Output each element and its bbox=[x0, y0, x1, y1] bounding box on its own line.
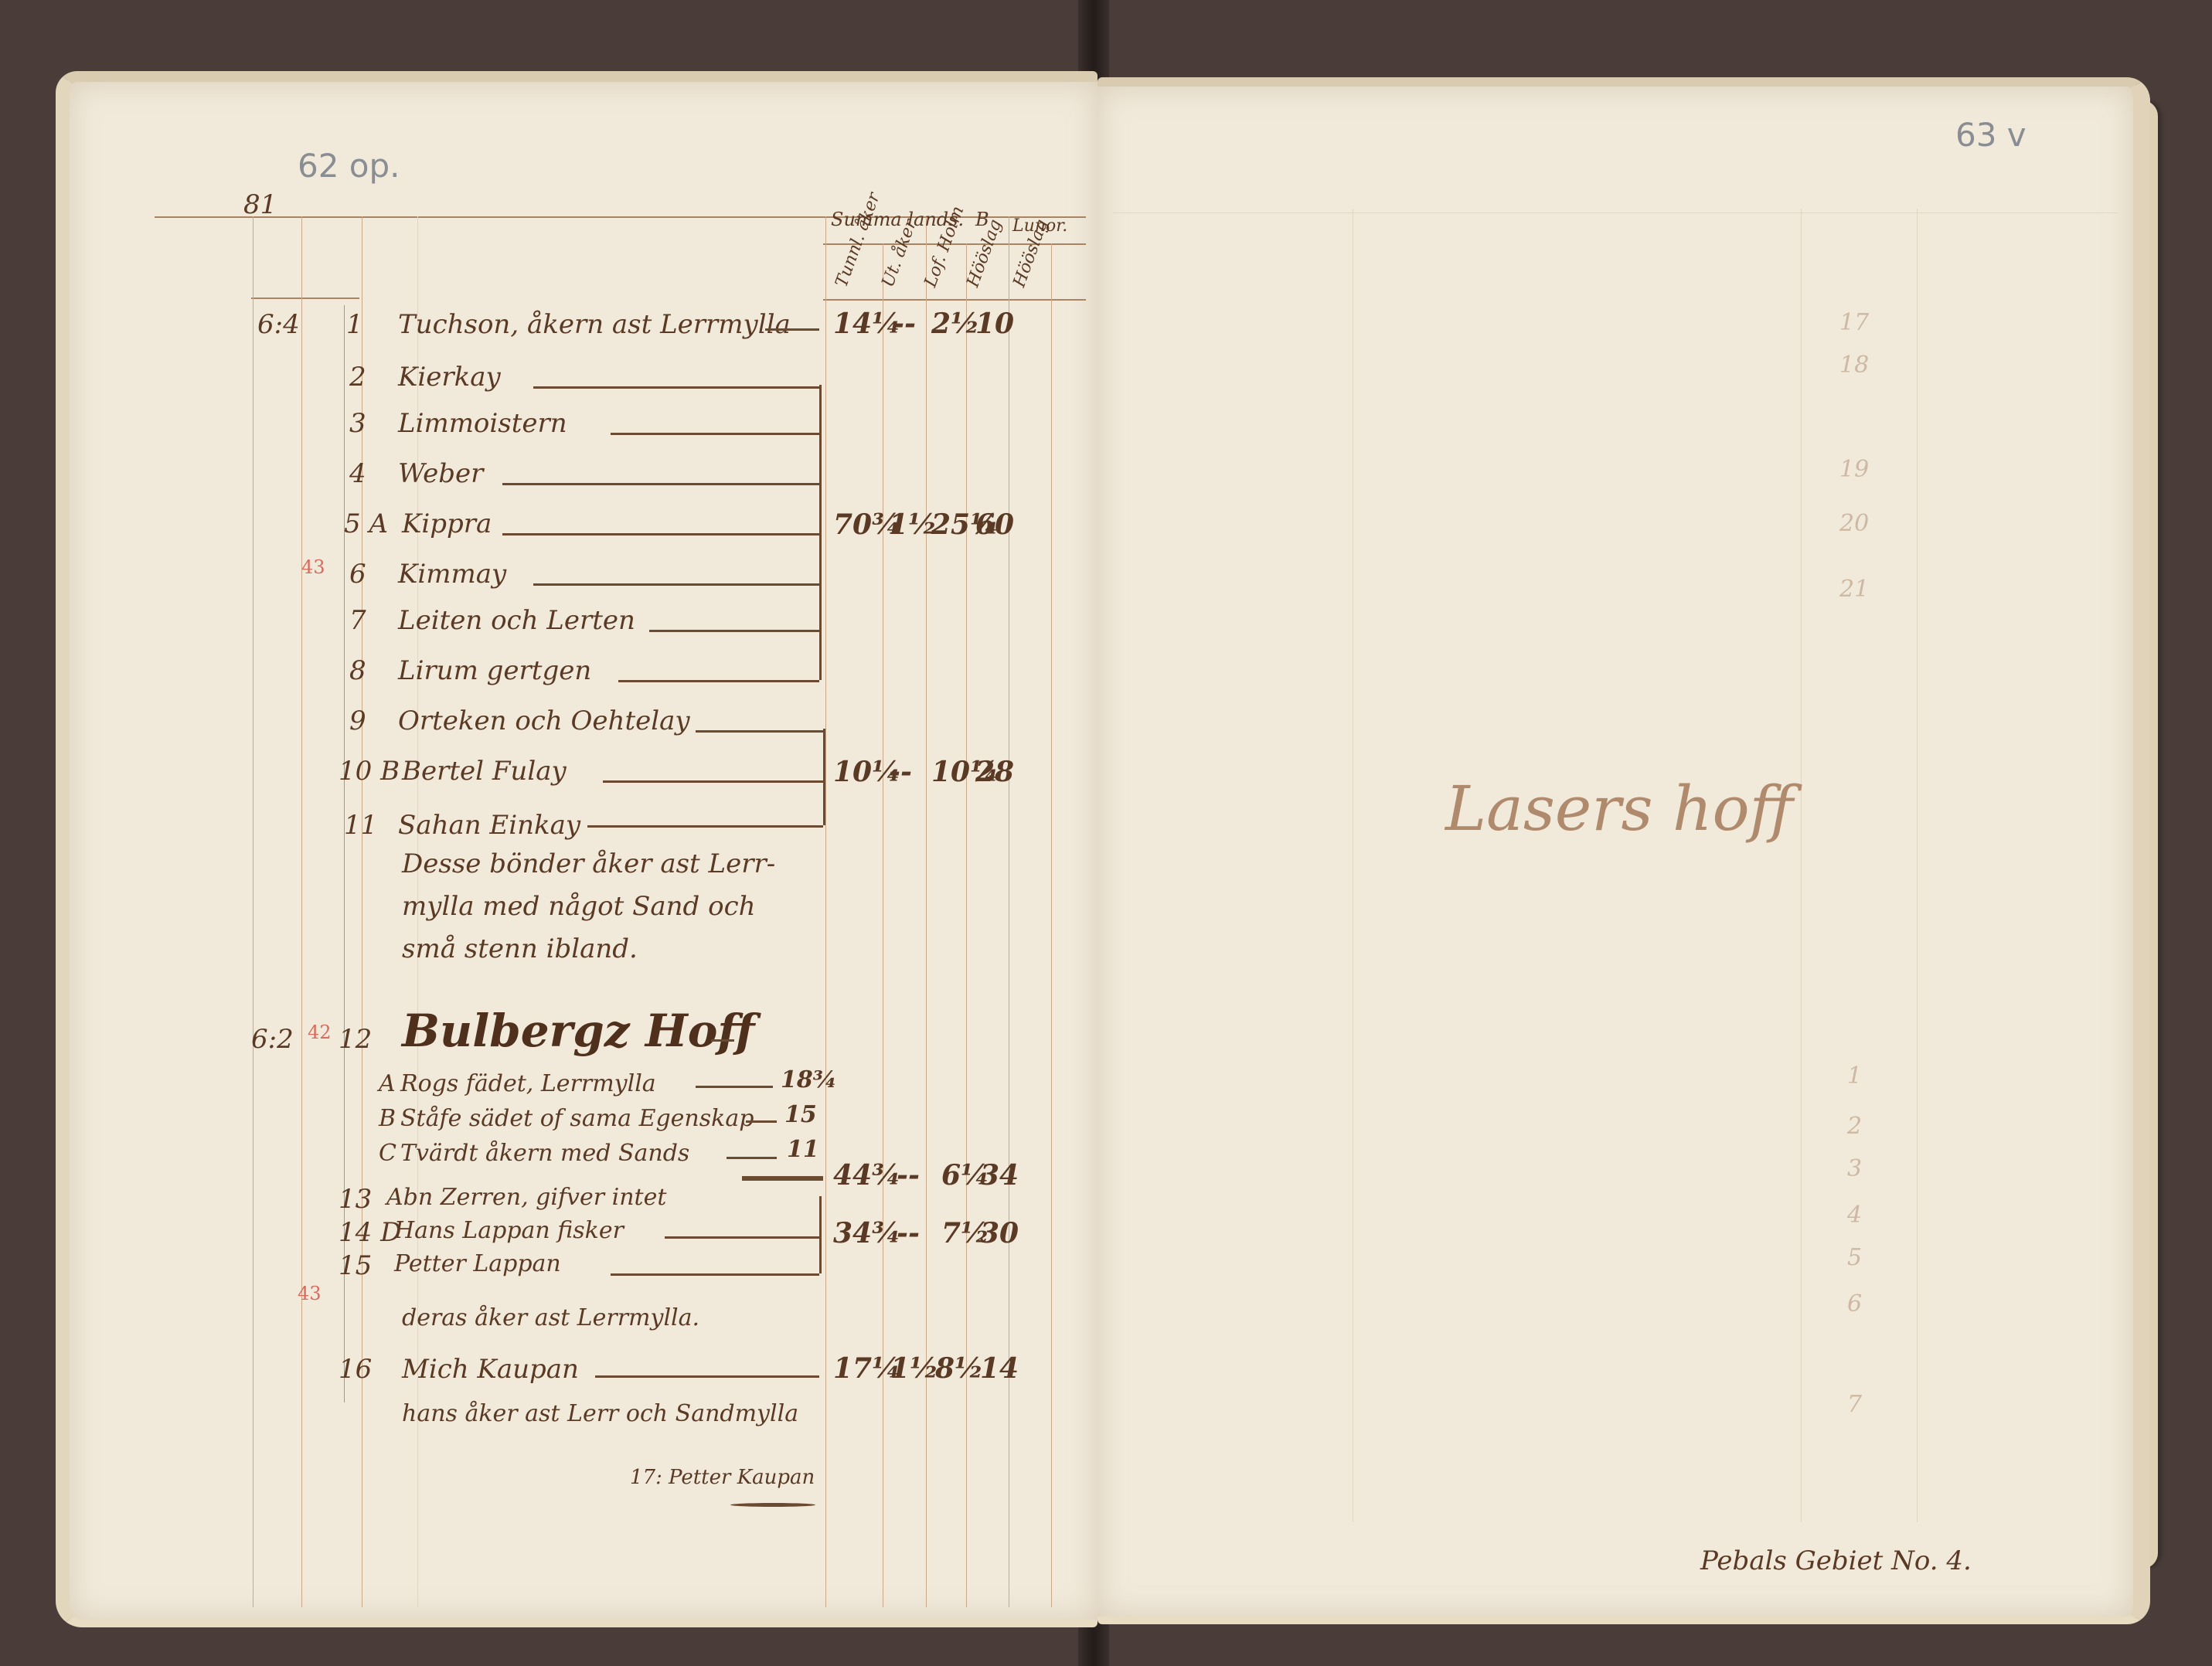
col-rule-3 bbox=[926, 216, 927, 1607]
folio-pencil-right: 63 v bbox=[1955, 116, 2027, 154]
leader-line bbox=[746, 1120, 777, 1123]
ghost-row-no: 20 bbox=[1839, 510, 1869, 537]
leader-line bbox=[502, 533, 819, 535]
col-rule-4 bbox=[966, 243, 967, 1607]
leader-line bbox=[502, 483, 819, 485]
ghost-row-no: 4 bbox=[1847, 1202, 1862, 1229]
ghost-rule bbox=[1353, 209, 1353, 1522]
margin-rule-2 bbox=[301, 216, 302, 1607]
row-name: Limmoistern bbox=[398, 408, 567, 439]
sub-row-label: C bbox=[379, 1140, 396, 1167]
leader-line bbox=[587, 825, 823, 828]
note-line: deras åker ast Lerrmylla. bbox=[402, 1304, 699, 1331]
sub-row-value: 18¾ bbox=[781, 1066, 837, 1093]
row-value-1: 14¼ bbox=[833, 308, 901, 340]
row-name: Tuchson, åkern ast Lerrmylla bbox=[398, 309, 791, 340]
row-value-2: 1½ bbox=[890, 1352, 939, 1385]
sub-row-text: Rogs fädet, Lerrmylla bbox=[400, 1070, 656, 1097]
row-name: Orteken och Oehtelay bbox=[398, 705, 690, 736]
row-value-4: 28 bbox=[975, 756, 1014, 788]
red-margin-43a: 43 bbox=[301, 556, 325, 578]
row-value-4: 14 bbox=[980, 1352, 1019, 1385]
row-value-2: -- bbox=[897, 1217, 920, 1249]
row-no: 8 bbox=[349, 655, 366, 686]
ghost-row-no: 17 bbox=[1839, 309, 1869, 336]
row-name: Petter Lappan bbox=[394, 1250, 561, 1277]
bleed-through-heading: Lasers hoff bbox=[1445, 773, 1793, 845]
right-page bbox=[1097, 77, 2150, 1624]
section-total-4: 34 bbox=[980, 1159, 1019, 1192]
sub-row-value: 11 bbox=[787, 1136, 819, 1163]
row-no: 15 bbox=[339, 1250, 372, 1281]
row-name: Sahan Einkay bbox=[398, 810, 580, 841]
ghost-row-no: 1 bbox=[1847, 1062, 1862, 1090]
ghost-rule bbox=[1801, 209, 1802, 1522]
row-no: 4 bbox=[349, 458, 366, 489]
row12-class-mark: 6:2 bbox=[251, 1024, 294, 1055]
row-value-4: 30 bbox=[980, 1217, 1019, 1249]
section-heading: Bulbergz Hoff bbox=[402, 1005, 754, 1057]
margin-header-ruling bbox=[251, 297, 359, 299]
section-total-1: 44¾ bbox=[833, 1159, 901, 1192]
row-name: Abn Zerren, gifver intet bbox=[386, 1184, 666, 1211]
margin-rule-1 bbox=[253, 216, 254, 1607]
bracket-rows-13-15 bbox=[773, 1196, 822, 1273]
sub-row-value: 15 bbox=[784, 1101, 817, 1128]
closing-flourish bbox=[730, 1503, 815, 1507]
row-no: 3 bbox=[349, 408, 366, 439]
row-name: Weber bbox=[398, 458, 483, 489]
row-no: 7 bbox=[349, 605, 366, 636]
ghost-row-no: 21 bbox=[1839, 576, 1869, 603]
row-value-4: 10 bbox=[975, 308, 1014, 340]
row-value-4: 60 bbox=[975, 508, 1014, 541]
row-no: 6 bbox=[349, 559, 366, 590]
ghost-row-no: 3 bbox=[1847, 1155, 1862, 1182]
row-no: 14 D bbox=[339, 1217, 401, 1248]
ghost-row-no: 18 bbox=[1839, 352, 1869, 379]
row-name: Leiten och Lerten bbox=[398, 605, 635, 636]
folio-ink-left: 81 bbox=[243, 189, 277, 220]
row-no: 10 B bbox=[339, 756, 400, 787]
row-name: Hans Lappan fisker bbox=[394, 1217, 624, 1244]
row-value-2: -- bbox=[889, 756, 912, 788]
row-value-3: 8½ bbox=[935, 1352, 984, 1385]
row-no: 1 bbox=[346, 309, 363, 340]
leader-line bbox=[765, 328, 819, 331]
row-value-3: 2½ bbox=[931, 308, 980, 340]
note-line: Desse bönder åker ast Lerr- bbox=[402, 848, 775, 879]
red-margin-43b: 43 bbox=[298, 1283, 322, 1304]
bracket-rows-2-8 bbox=[773, 385, 822, 680]
row-no: 2 bbox=[349, 362, 366, 393]
section-total-stroke bbox=[742, 1176, 823, 1181]
ghost-row-no: 2 bbox=[1847, 1113, 1862, 1140]
row-no: 13 bbox=[339, 1184, 372, 1215]
ghost-row-no: 5 bbox=[1847, 1244, 1862, 1271]
row-17-name: Petter Kaupan bbox=[669, 1466, 815, 1489]
leader-line bbox=[618, 680, 819, 682]
row-no: 16 bbox=[339, 1354, 372, 1385]
col-rule-1 bbox=[825, 216, 826, 1607]
row-name: Mich Kaupan bbox=[402, 1354, 579, 1385]
row-17-no: 17: bbox=[630, 1466, 662, 1489]
row-name: Lirum gertgen bbox=[398, 655, 591, 686]
ghost-row-no: 6 bbox=[1847, 1290, 1862, 1317]
row-name: Kippra bbox=[402, 508, 492, 539]
col-rule-6 bbox=[1051, 243, 1052, 1607]
heading-flourish bbox=[711, 1039, 734, 1042]
ghost-rule bbox=[1917, 209, 1918, 1522]
note-line: hans åker ast Lerr och Sandmylla bbox=[402, 1400, 798, 1427]
row-name: Bertel Fulay bbox=[402, 756, 567, 787]
row-value-2: -- bbox=[893, 308, 916, 340]
row-name: Kierkay bbox=[398, 362, 501, 393]
leader-line bbox=[727, 1157, 777, 1159]
sub-row-text: Ståfe sädet of sama Egenskap bbox=[400, 1105, 754, 1132]
row-value-1: 34¾ bbox=[833, 1217, 901, 1249]
ghost-row-no: 7 bbox=[1847, 1391, 1862, 1418]
row-no: 11 bbox=[344, 810, 377, 841]
col-rule-2 bbox=[883, 243, 883, 1607]
row-no: 5 A bbox=[344, 508, 388, 539]
leader-line bbox=[696, 1086, 773, 1088]
leader-line bbox=[595, 1375, 819, 1378]
bracket-rows-9-11 bbox=[777, 729, 825, 825]
col-rule-5 bbox=[1009, 216, 1009, 1607]
section-number: 12 bbox=[339, 1024, 372, 1055]
sub-row-label: A bbox=[379, 1070, 396, 1097]
row-value-2: 1½ bbox=[889, 508, 938, 541]
colhdr-ruling-bottom bbox=[823, 299, 1086, 301]
note-line: små stenn ibland. bbox=[402, 933, 638, 964]
folio-pencil-left: 62 op. bbox=[298, 147, 400, 185]
row-no: 9 bbox=[349, 705, 366, 736]
sub-row-label: B bbox=[379, 1105, 396, 1132]
red-margin-42: 42 bbox=[308, 1022, 332, 1043]
note-line: mylla med något Sand och bbox=[402, 891, 756, 922]
sub-row-text: Tvärdt åkern med Sands bbox=[400, 1140, 689, 1167]
row-name: Kimmay bbox=[398, 559, 506, 590]
page-footer: Pebals Gebiet No. 4. bbox=[1700, 1545, 1972, 1576]
section-total-2: -- bbox=[897, 1159, 920, 1192]
ghost-row-no: 19 bbox=[1839, 456, 1869, 483]
row1-class-mark: 6:4 bbox=[257, 309, 300, 340]
leader-line bbox=[611, 1273, 819, 1276]
ghost-ruling bbox=[1113, 212, 2118, 213]
